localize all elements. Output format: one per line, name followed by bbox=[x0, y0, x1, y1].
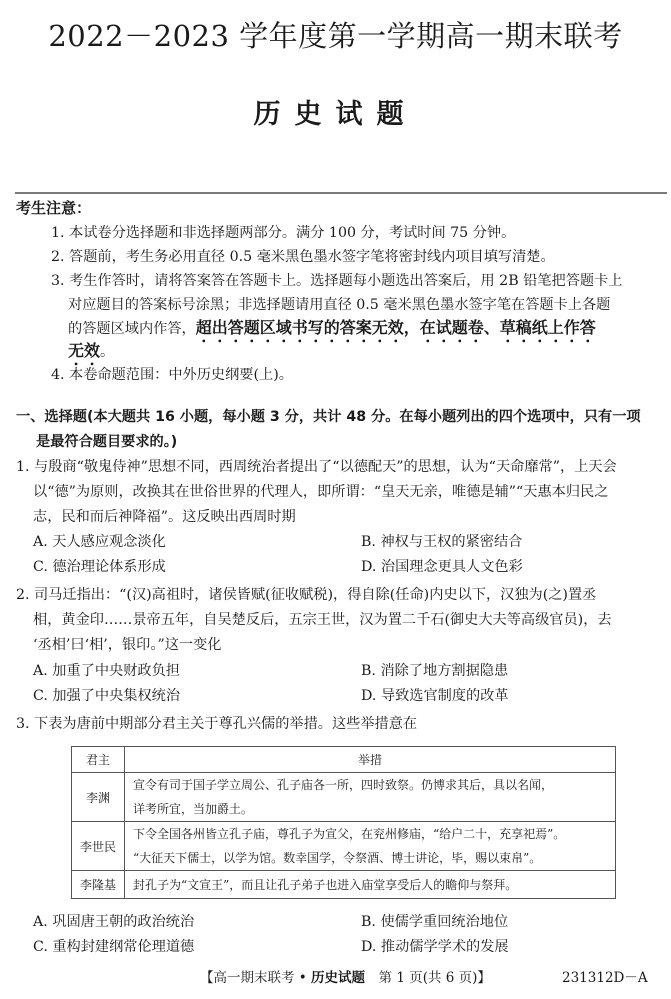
question-3-option-b[interactable]: B. 使儒学重回统治地位 bbox=[361, 911, 508, 931]
notice-item-3-cont2: 的答题区域内作答，超出答题区域书写的答案无效，在试题卷、草稿纸上作答 bbox=[68, 315, 596, 346]
question-1-option-d[interactable]: D. 治国理念更具人文色彩 bbox=[361, 556, 523, 576]
question-3-line-1: 3. 下表为唐前中期部分君主关于尊孔兴儒的举措。这些举措意在 bbox=[16, 713, 417, 733]
measure-line: 宣令有司于国子学立周公、孔子庙各一所，四时致祭。仍博求其后，具以名闻， bbox=[133, 773, 607, 797]
notice-item-3-text: 的答题区域内作答， bbox=[68, 321, 196, 337]
table-cell-measures: 封孔子为“文宣王”，而且让孔子弟子也进入庙堂享受后人的瞻仰与祭拜。 bbox=[125, 871, 616, 899]
question-1-line-3: 志，民和而后神降福”。这反映出西周时期 bbox=[33, 506, 296, 526]
table-cell-measures: 下令全国各州皆立孔子庙，尊孔子为宣父，在兖州修庙，“给户二十，充享祀焉”。 “大… bbox=[125, 822, 616, 871]
table-header-ruler: 君主 bbox=[72, 747, 125, 773]
footer-page-number: 第 1 页(共 6 页)】 bbox=[365, 970, 491, 986]
question-2-line-2: 相，黄金印……景帝五年，自吴楚反后，五宗王世，汉为置二千石(御史大夫等高级官员)… bbox=[33, 609, 612, 629]
table-cell-measures: 宣令有司于国子学立周公、孔子庙各一所，四时致祭。仍博求其后，具以名闻， 详考所宜… bbox=[125, 773, 616, 822]
notice-period: 。 bbox=[100, 344, 114, 360]
question-1-option-c[interactable]: C. 德治理论体系形成 bbox=[33, 556, 166, 576]
measure-line: 封孔子为“文宣王”，而且让孔子弟子也进入庙堂享受后人的瞻仰与祭拜。 bbox=[133, 873, 607, 897]
table-row: 李隆基 封孔子为“文宣王”，而且让孔子弟子也进入庙堂享受后人的瞻仰与祭拜。 bbox=[72, 871, 616, 899]
measure-line: 下令全国各州皆立孔子庙，尊孔子为宣父，在兖州修庙，“给户二十，充享祀焉”。 bbox=[133, 822, 607, 846]
question-3-option-d[interactable]: D. 推动儒学学术的发展 bbox=[361, 936, 509, 956]
footer-subject: 历史试题 bbox=[311, 970, 365, 986]
question-2-option-c[interactable]: C. 加强了中央集权统治 bbox=[33, 685, 180, 705]
page-footer: 【高一期末联考 • 历史试题 第 1 页(共 6 页)】 bbox=[200, 966, 491, 986]
measure-line: “大征天下儒士，以学为馆。数幸国学，令祭酒、博士讲论，毕，赐以束帛”。 bbox=[133, 846, 607, 870]
section-heading-cont: 是最符合题目要求的。) bbox=[36, 431, 177, 451]
question-1-option-b[interactable]: B. 神权与王权的紧密结合 bbox=[361, 531, 522, 551]
measure-line: 详考所宜，当加爵土。 bbox=[133, 797, 607, 821]
notice-emphasis: 超出答题区域书写的答案无效，在试题卷、草稿纸上作答 bbox=[196, 318, 596, 337]
header-divider bbox=[15, 192, 667, 194]
question-3-option-a[interactable]: A. 巩固唐王朝的政治统治 bbox=[33, 911, 194, 931]
ruler-measures-table: 君主 举措 李渊 宣令有司于国子学立周公、孔子庙各一所，四时致祭。仍博求其后，具… bbox=[71, 746, 616, 899]
question-2-option-b[interactable]: B. 消除了地方割据隐患 bbox=[361, 660, 508, 680]
table-header-row: 君主 举措 bbox=[72, 747, 616, 773]
question-2-option-a[interactable]: A. 加重了中央财政负担 bbox=[33, 660, 180, 680]
section-heading: 一、选择题(本大题共 16 小题，每小题 3 分，共计 48 分。在每小题列出的… bbox=[16, 406, 641, 426]
table-cell-ruler: 李渊 bbox=[72, 773, 125, 822]
exam-title: 2022－2023 学年度第一学期高一期末联考 bbox=[0, 14, 671, 55]
question-2-line-1: 2. 司马迁指出：“(汉)高祖时，诸侯皆赋(征收赋税)，得自除(任命)内史以下，… bbox=[16, 584, 596, 604]
notice-item-1: 1. 本试卷分选择题和非选择题两部分。满分 100 分，考试时间 75 分钟。 bbox=[51, 222, 515, 242]
exam-subject: 历史试题 bbox=[0, 92, 671, 131]
question-1-option-a[interactable]: A. 天人感应观念淡化 bbox=[33, 531, 166, 551]
notice-item-2: 2. 答题前，考生务必用直径 0.5 毫米黑色墨水签字笔将密封线内项目填写清楚。 bbox=[51, 246, 555, 266]
table-cell-ruler: 李隆基 bbox=[72, 871, 125, 899]
notice-emphasis-end: 无效 bbox=[68, 341, 100, 360]
question-2-option-d[interactable]: D. 导致选官制度的改革 bbox=[361, 685, 509, 705]
question-1-line-1: 1. 与殷商“敬鬼侍神”思想不同，西周统治者提出了“以德配天”的思想，认为“天命… bbox=[16, 456, 617, 476]
notice-item-4: 4. 本卷命题范围：中外历史纲要(上)。 bbox=[51, 364, 293, 384]
question-1-line-2: 以“德”为原则，改换其在世俗世界的代理人，即所谓：“皇天无亲，唯德是辅”“天惠本… bbox=[33, 481, 608, 501]
footer-paper-code: 231312D－A bbox=[562, 966, 648, 986]
notice-item-3-cont1: 对应题目的答案标号涂黑；非选择题请用直径 0.5 毫米黑色墨水签字笔在答题卡上各… bbox=[68, 294, 610, 314]
table-row: 李渊 宣令有司于国子学立周公、孔子庙各一所，四时致祭。仍博求其后，具以名闻， 详… bbox=[72, 773, 616, 822]
table-row: 李世民 下令全国各州皆立孔子庙，尊孔子为宣父，在兖州修庙，“给户二十，充享祀焉”… bbox=[72, 822, 616, 871]
question-3-option-c[interactable]: C. 重构封建纲常伦理道德 bbox=[33, 936, 194, 956]
table-header-measures: 举措 bbox=[125, 747, 616, 773]
notice-heading: 考生注意： bbox=[16, 197, 91, 218]
notice-item-3: 3. 考生作答时，请将答案答在答题卡上。选择题每小题选出答案后，用 2B 铅笔把… bbox=[51, 270, 622, 290]
footer-exam-label: 【高一期末联考 • bbox=[200, 970, 311, 986]
question-2-line-3: ‘丞相’曰‘相’，银印。”这一变化 bbox=[33, 634, 221, 654]
table-cell-ruler: 李世民 bbox=[72, 822, 125, 871]
